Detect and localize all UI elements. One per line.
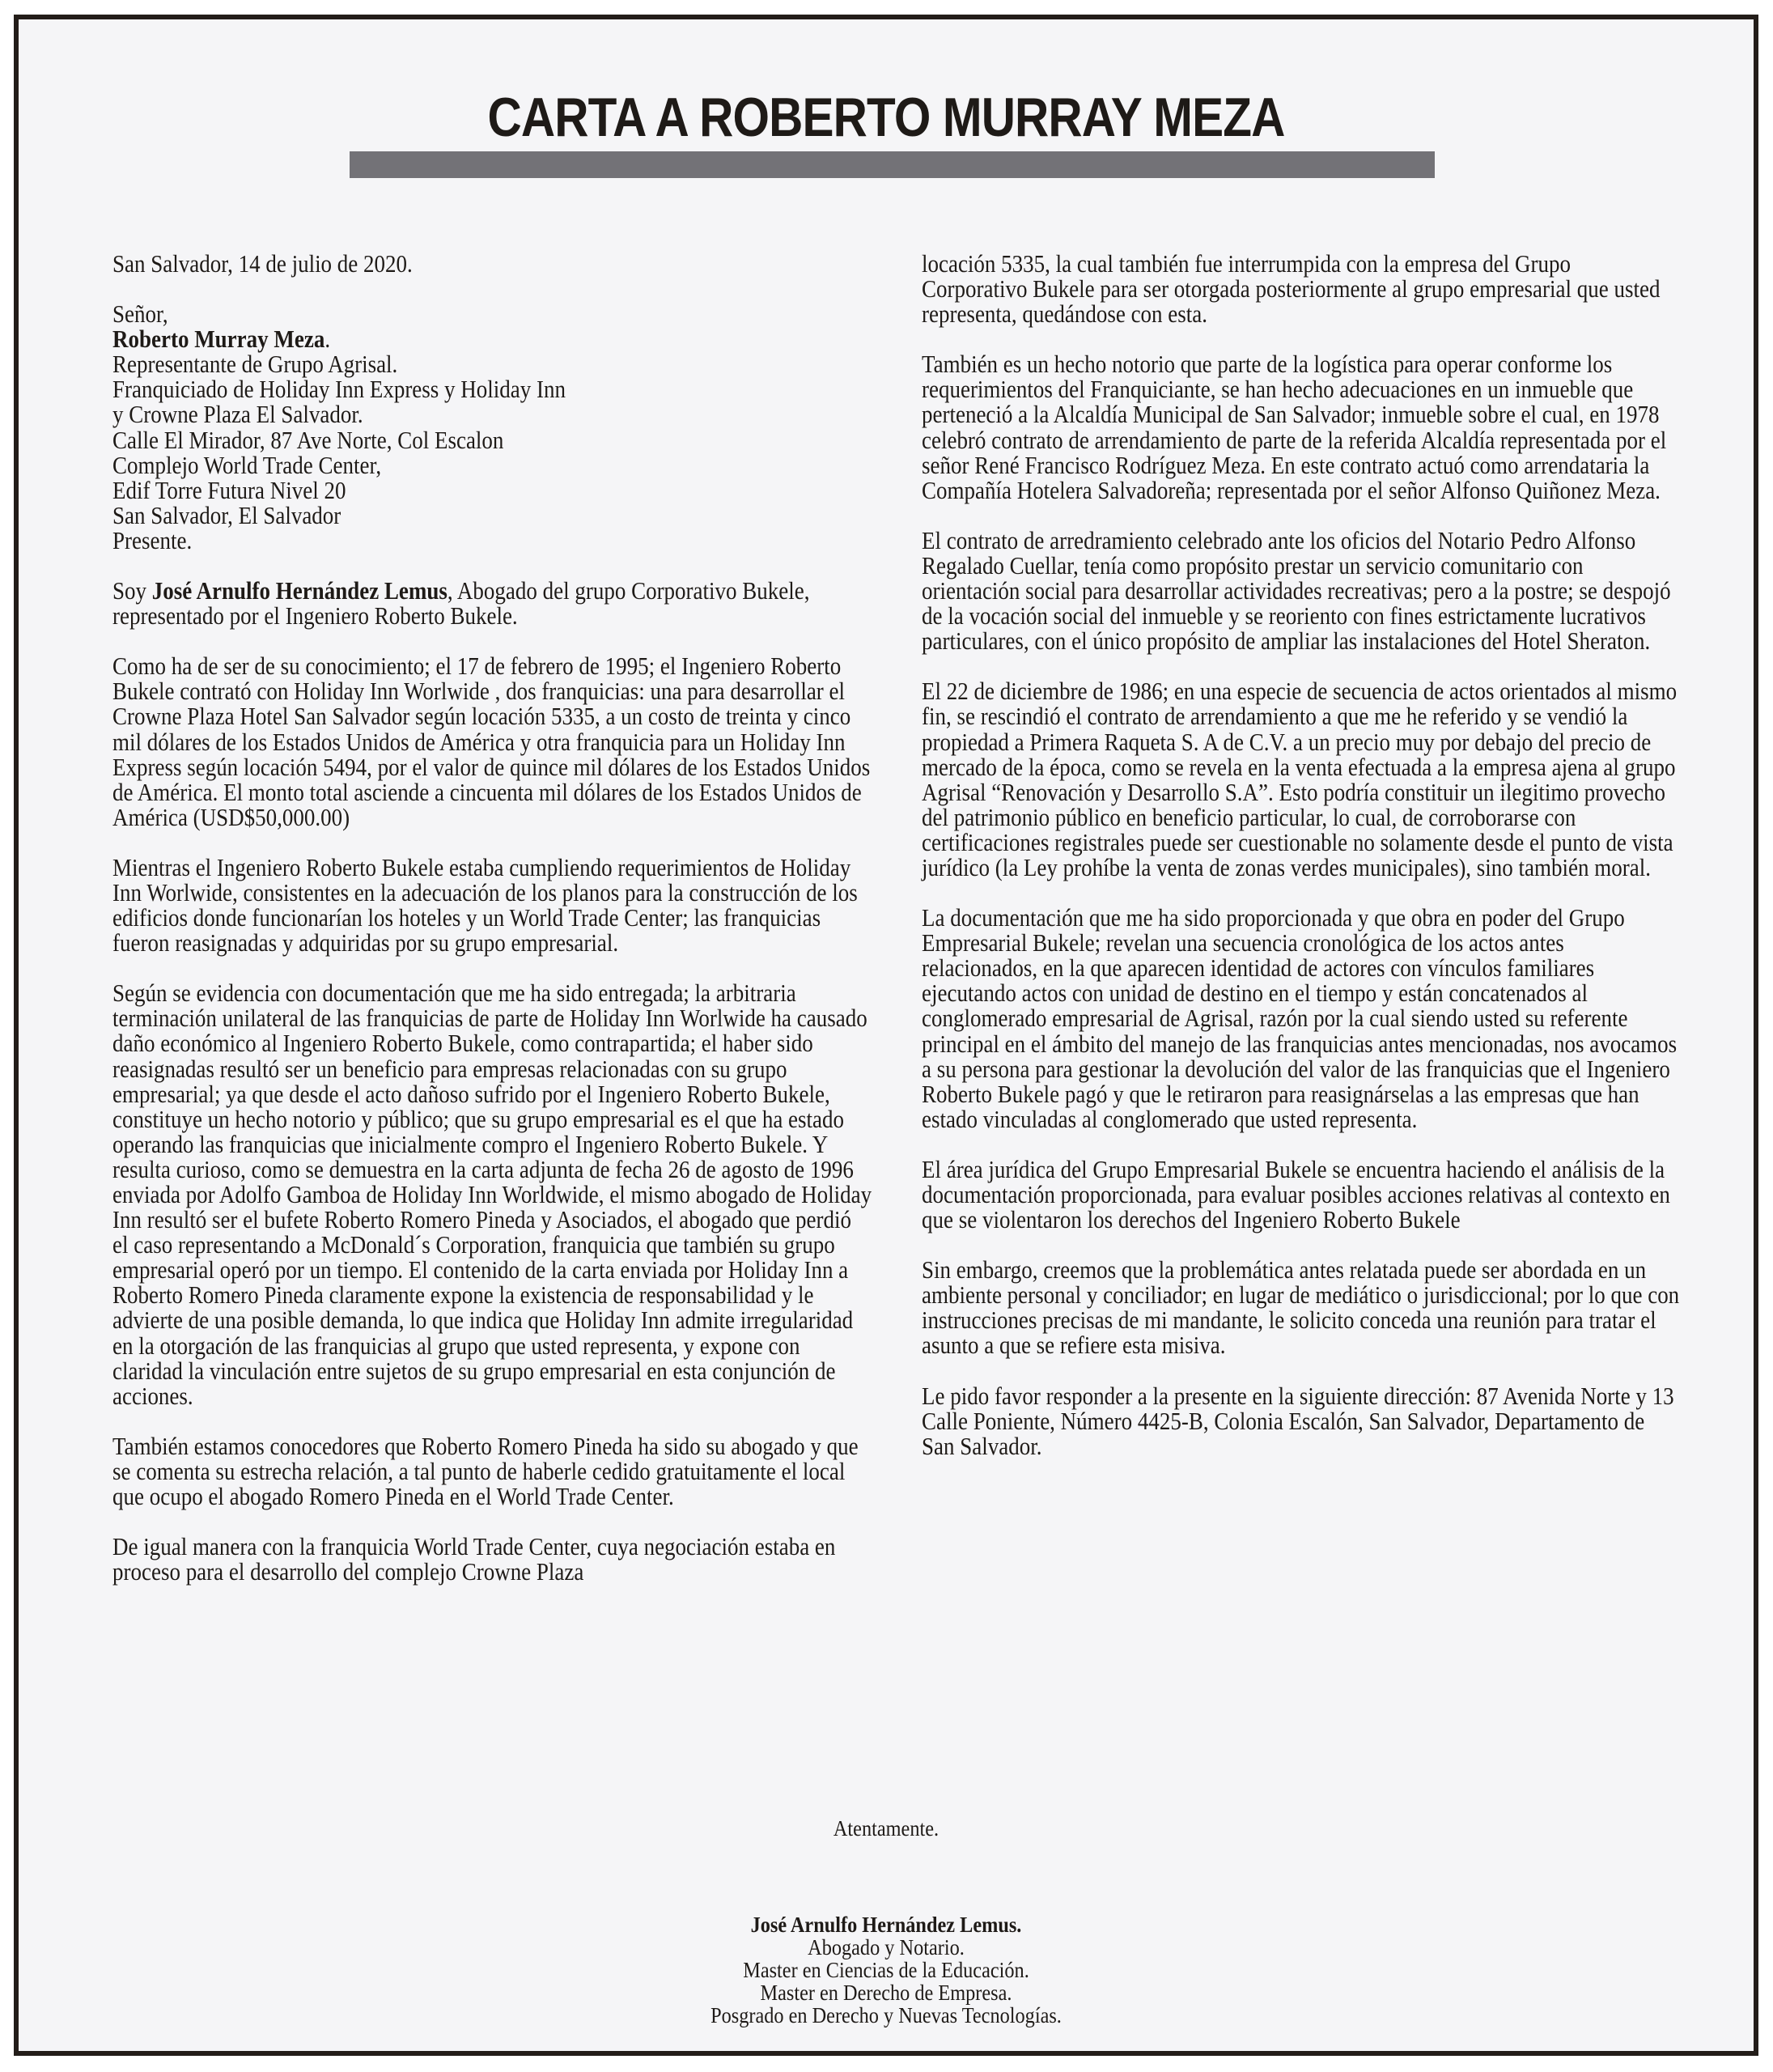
intro-paragraph: Soy José Arnulfo Hernández Lemus, Abogad…: [112, 579, 872, 629]
left-column: San Salvador, 14 de julio de 2020. Señor…: [112, 252, 872, 1585]
signature-title: Master en Derecho de Empresa.: [105, 1981, 1667, 2004]
body-paragraph: El 22 de diciembre de 1986; en una espec…: [922, 679, 1681, 881]
recipient-line: Representante de Grupo Agrisal.: [112, 352, 872, 377]
signature-title: Abogado y Notario.: [105, 1936, 1667, 1959]
body-paragraph: Mientras el Ingeniero Roberto Bukele est…: [112, 856, 872, 956]
page-title: CARTA A ROBERTO MURRAY MEZA: [140, 86, 1632, 149]
body-paragraph: locación 5335, la cual también fue inter…: [922, 252, 1681, 327]
recipient-name: Roberto Murray Meza: [112, 325, 324, 353]
body-paragraph: El área jurídica del Grupo Empresarial B…: [922, 1157, 1681, 1233]
signature-name: José Arnulfo Hernández Lemus.: [105, 1913, 1667, 1936]
body-paragraph: De igual manera con la franquicia World …: [112, 1535, 872, 1585]
body-paragraph: También es un hecho notorio que parte de…: [922, 352, 1681, 503]
right-column: locación 5335, la cual también fue inter…: [922, 252, 1681, 1459]
date-line: San Salvador, 14 de julio de 2020.: [112, 252, 872, 277]
document-frame: CARTA A ROBERTO MURRAY MEZA San Salvador…: [14, 15, 1758, 2056]
signature-block: José Arnulfo Hernández Lemus. Abogado y …: [105, 1913, 1667, 2027]
body-paragraph: Como ha de ser de su conocimiento; el 17…: [112, 654, 872, 830]
signature-title: Master en Ciencias de la Educación.: [105, 1959, 1667, 1981]
closing-line: Atentamente.: [105, 1816, 1667, 1841]
recipient-line: Edif Torre Futura Nivel 20: [112, 478, 872, 503]
recipient-name-suffix: .: [324, 325, 330, 353]
body-paragraph: Sin embargo, creemos que la problemática…: [922, 1258, 1681, 1358]
recipient-name-line: Roberto Murray Meza.: [112, 327, 872, 352]
intro-prefix: Soy: [112, 577, 152, 605]
author-name: José Arnulfo Hernández Lemus: [152, 577, 447, 605]
body-paragraph: El contrato de arredramiento celebrado a…: [922, 529, 1681, 654]
body-paragraph: También estamos conocedores que Roberto …: [112, 1434, 872, 1509]
title-underline-bar: [350, 151, 1435, 178]
recipient-line: Complejo World Trade Center,: [112, 453, 872, 478]
body-paragraph: La documentación que me ha sido proporci…: [922, 906, 1681, 1132]
recipient-line: Franquiciado de Holiday Inn Express y Ho…: [112, 377, 872, 402]
salutation: Señor,: [112, 302, 872, 327]
recipient-line: San Salvador, El Salvador: [112, 503, 872, 529]
signature-title: Posgrado en Derecho y Nuevas Tecnologías…: [105, 2004, 1667, 2027]
body-paragraph: Le pido favor responder a la presente en…: [922, 1384, 1681, 1459]
recipient-line: y Crowne Plaza El Salvador.: [112, 402, 872, 427]
recipient-line: Calle El Mirador, 87 Ave Norte, Col Esca…: [112, 428, 872, 453]
recipient-block: Señor, Roberto Murray Meza. Representant…: [112, 302, 872, 554]
body-paragraph: Según se evidencia con documentación que…: [112, 981, 872, 1409]
recipient-line: Presente.: [112, 529, 872, 554]
